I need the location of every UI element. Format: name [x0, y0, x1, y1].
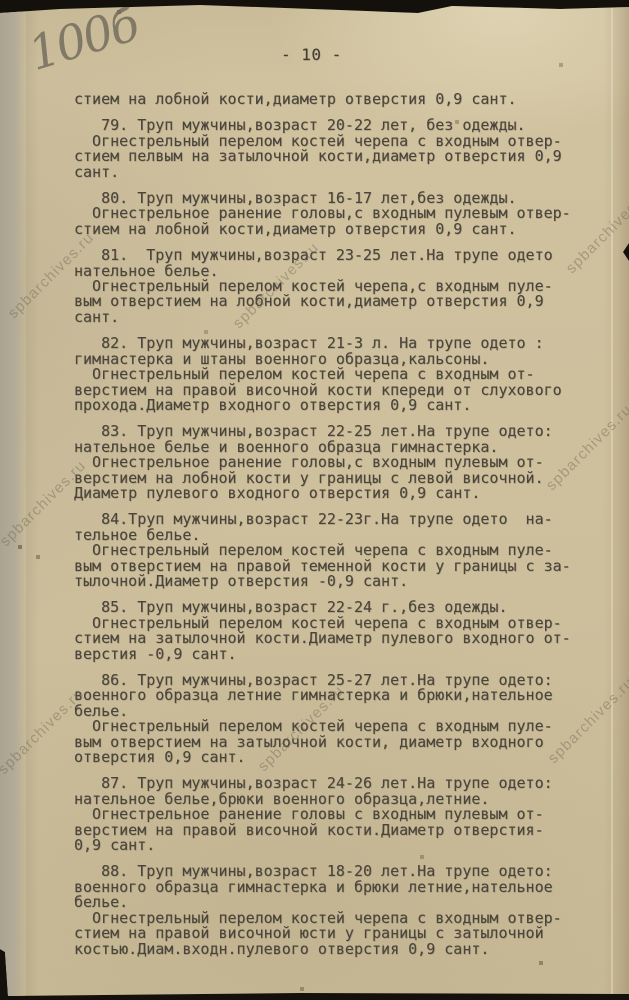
record-entry-88: 88. Труп мужчины,возраст 18-20 лет.На тр… [74, 864, 584, 956]
record-entry-81: 81. Труп мужчины,возраст 23-25 лет.На тр… [74, 248, 584, 325]
record-entry-continuation: стием на лобной кости,диаметр отверстия … [74, 92, 584, 107]
record-entry-79: 79. Труп мужчины,возраст 20-22 лет, без … [74, 118, 584, 180]
record-entry-80: 80. Труп мужчины,возраст 16-17 лет,без о… [74, 191, 584, 237]
record-entry-85: 85. Труп мужчины,возраст 22-24 г.,без од… [74, 600, 584, 662]
paper-specks [0, 0, 2, 2]
page-left-edge-shadow [0, 0, 27, 1000]
document-body: стием на лобной кости,диаметр отверстия … [74, 92, 584, 968]
record-entry-87: 87. Труп мужчины,возраст 24-26 лет.На тр… [74, 776, 584, 853]
scanned-page: 100б - 10 - стием на лобной кости,диамет… [0, 0, 629, 1000]
record-entry-83: 83. Труп мужчины,возраст 22-25 лет.На тр… [74, 424, 584, 501]
right-fold-ridge [611, 8, 613, 996]
handwritten-folio-number: 100б [22, 0, 144, 82]
record-entry-84: 84.Труп мужчины,возраст 22-23г.На трупе … [74, 512, 584, 589]
page-number: - 10 - [281, 45, 342, 64]
page-right-edge-shadow [603, 0, 629, 1000]
record-entry-82: 82. Труп мужчины,возраст 21-3 л. На труп… [74, 336, 584, 413]
